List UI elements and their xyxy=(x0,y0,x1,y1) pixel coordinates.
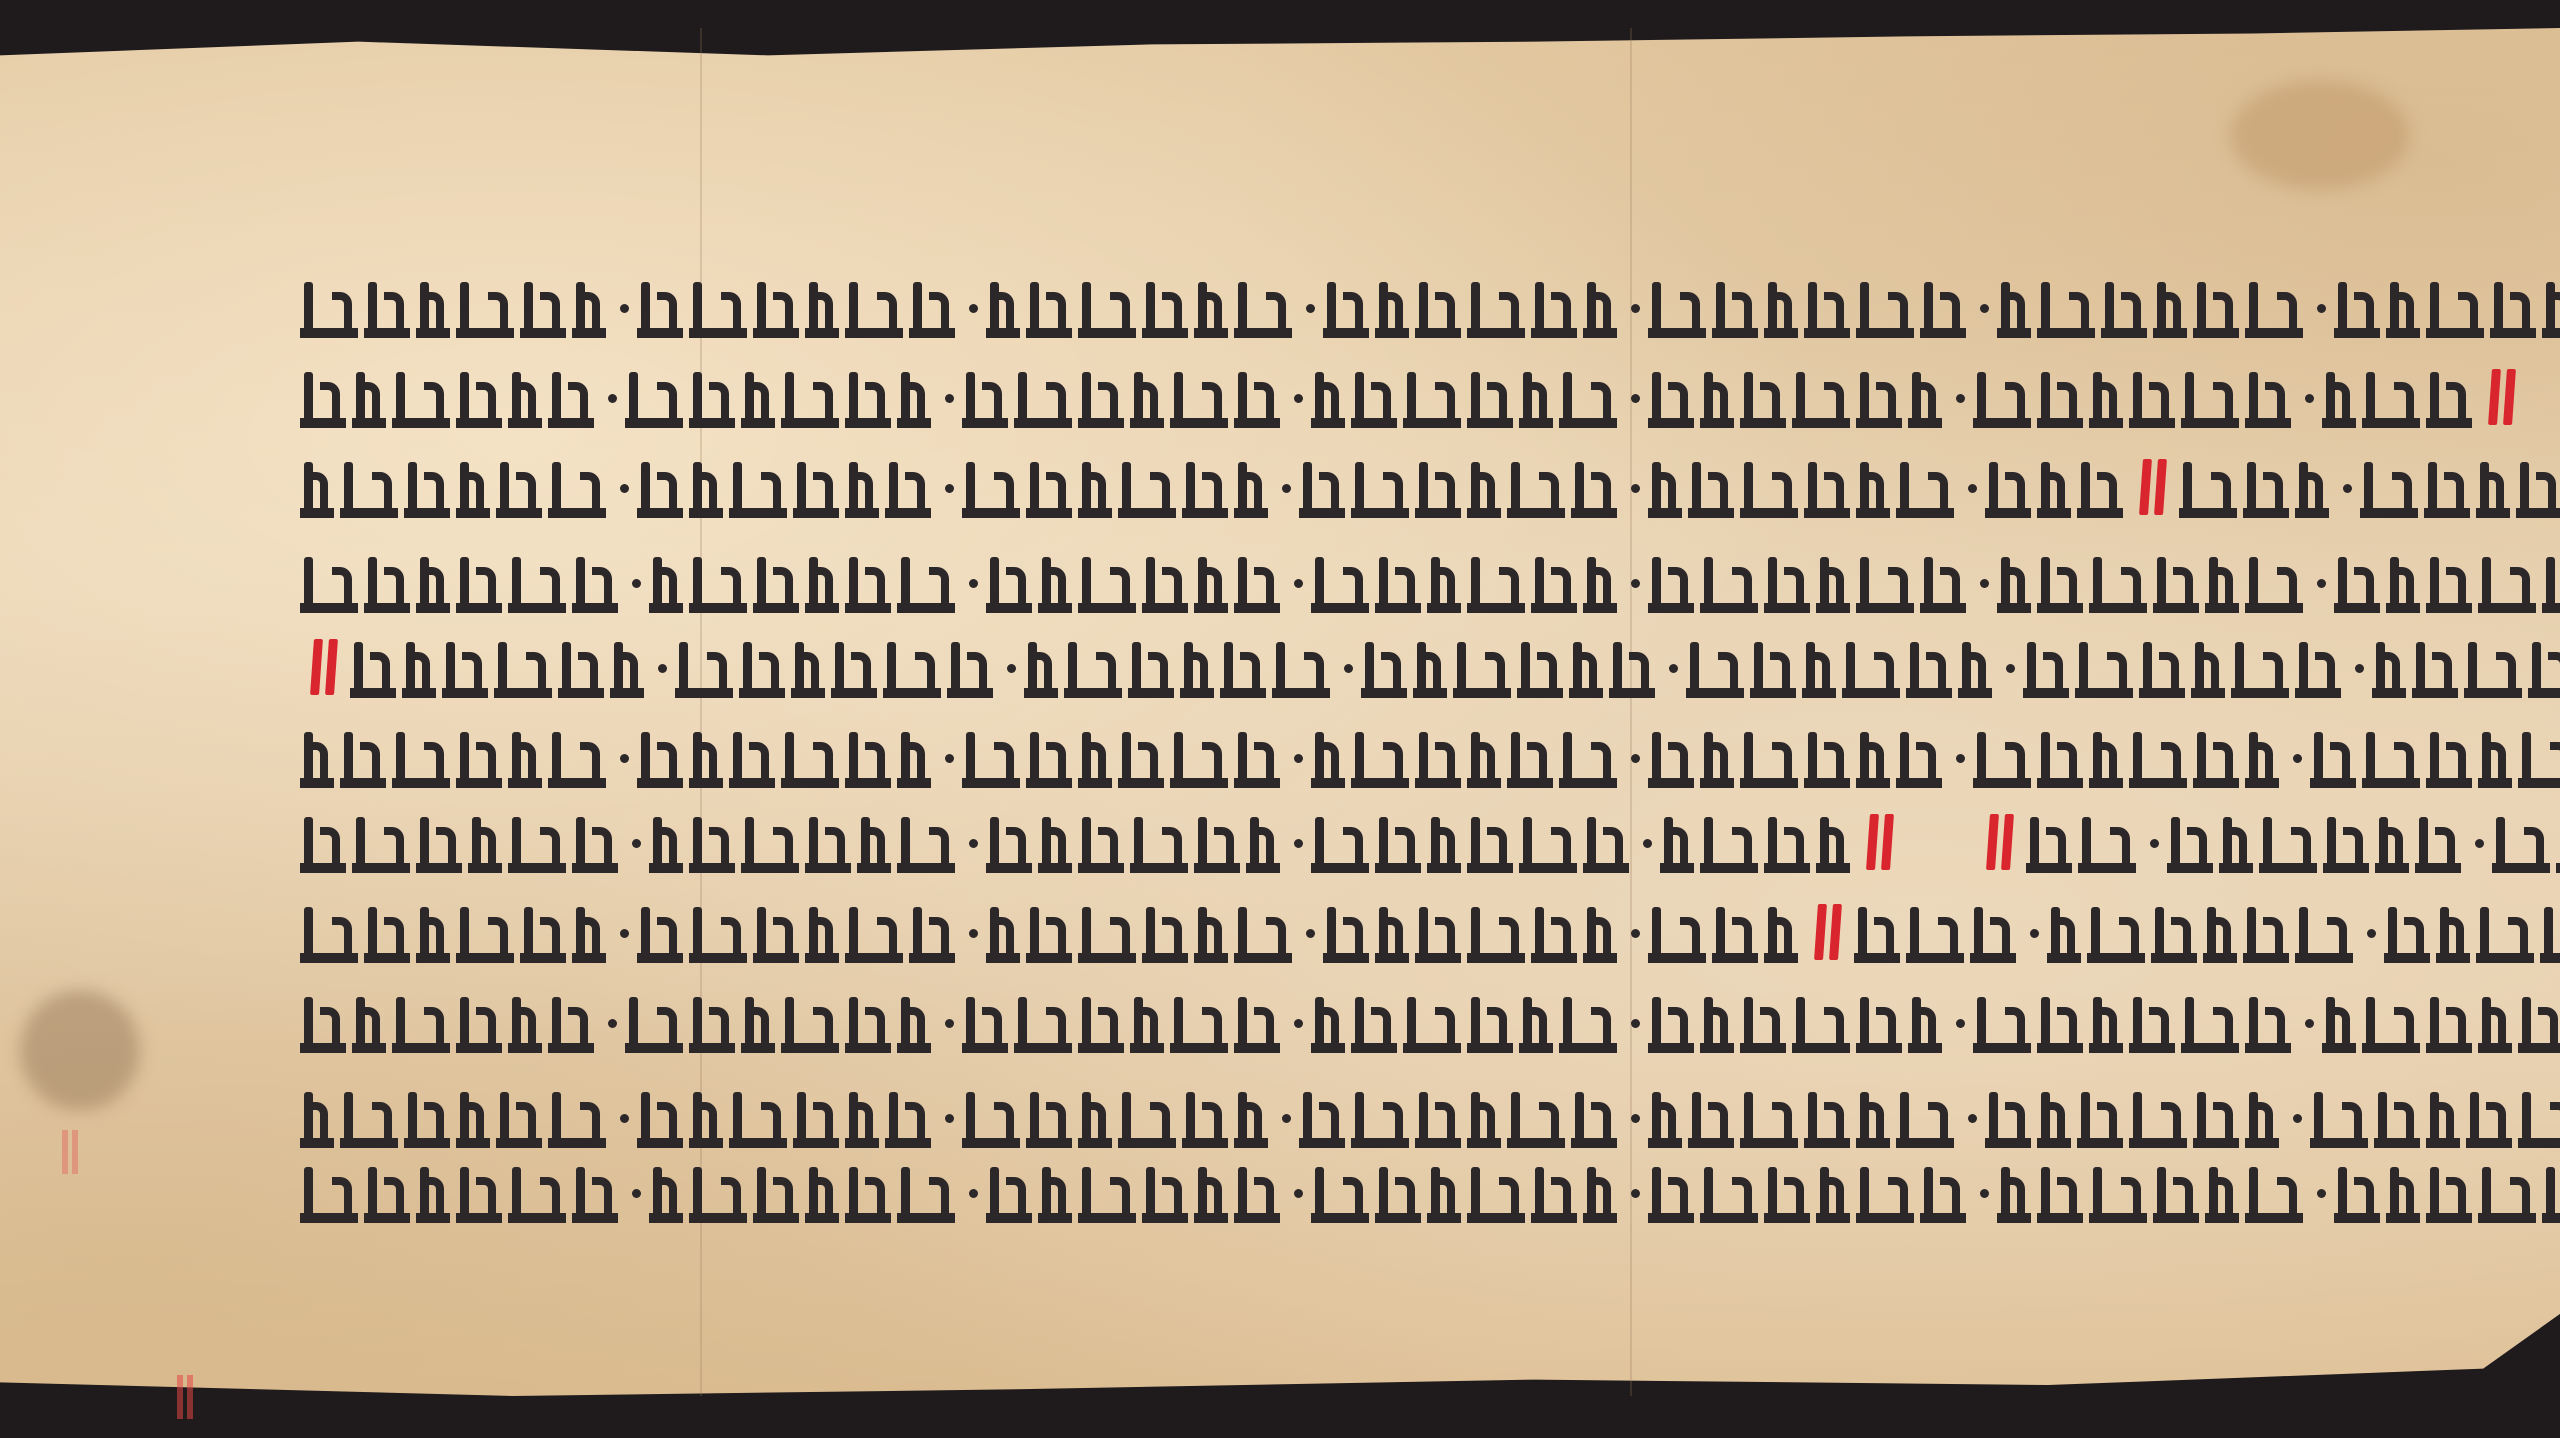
word-separator-dot xyxy=(945,394,954,403)
script-glyph xyxy=(1712,278,1758,338)
script-glyph xyxy=(352,368,386,428)
script-glyph xyxy=(2334,553,2380,613)
word-separator-dot xyxy=(2293,754,2302,763)
script-glyph xyxy=(649,1163,683,1223)
script-glyph xyxy=(1024,638,1058,698)
script-glyph xyxy=(1078,813,1124,873)
script-glyph xyxy=(1507,1088,1565,1148)
word-separator-dot xyxy=(1631,754,1640,763)
word-separator-dot xyxy=(632,839,641,848)
script-glyph xyxy=(456,993,502,1053)
paper-stain xyxy=(2230,80,2410,190)
script-glyph xyxy=(364,553,410,613)
script-glyph xyxy=(637,278,683,338)
script-glyph xyxy=(1170,728,1228,788)
word-separator-dot xyxy=(2305,394,2314,403)
word-separator-dot xyxy=(1007,664,1016,673)
script-glyph xyxy=(456,1088,490,1148)
script-glyph xyxy=(2464,638,2522,698)
script-glyph xyxy=(1519,368,1553,428)
word-separator-dot xyxy=(1294,754,1303,763)
script-glyph xyxy=(845,903,903,963)
script-glyph xyxy=(986,278,1020,338)
script-glyph xyxy=(494,638,552,698)
script-glyph xyxy=(2476,458,2510,518)
script-glyph xyxy=(2362,368,2420,428)
script-glyph xyxy=(1078,553,1136,613)
script-glyph xyxy=(1583,278,1617,338)
word-separator-dot xyxy=(1956,754,1965,763)
script-glyph xyxy=(2384,903,2430,963)
script-glyph xyxy=(637,1088,683,1148)
script-glyph xyxy=(2436,903,2470,963)
script-glyph xyxy=(1038,553,1072,613)
script-glyph xyxy=(1854,903,1900,963)
script-glyph xyxy=(1792,993,1850,1053)
script-glyph xyxy=(1180,638,1214,698)
script-glyph xyxy=(1014,368,1072,428)
script-glyph xyxy=(416,813,462,873)
script-glyph xyxy=(1920,278,1966,338)
script-glyph xyxy=(456,278,514,338)
script-glyph xyxy=(1906,638,1952,698)
script-glyph xyxy=(2362,728,2420,788)
script-glyph xyxy=(572,553,618,613)
manuscript-line xyxy=(300,545,2560,621)
script-glyph xyxy=(2191,638,2225,698)
script-glyph xyxy=(1985,458,2031,518)
script-glyph xyxy=(1571,1088,1617,1148)
script-glyph xyxy=(753,278,799,338)
script-glyph xyxy=(1559,728,1617,788)
script-glyph xyxy=(572,903,606,963)
script-glyph xyxy=(845,553,891,613)
script-glyph xyxy=(805,1163,839,1223)
script-glyph xyxy=(404,458,450,518)
script-glyph xyxy=(2415,813,2461,873)
script-glyph xyxy=(1816,1163,1850,1223)
script-glyph xyxy=(753,1163,799,1223)
script-glyph xyxy=(1467,278,1525,338)
script-glyph xyxy=(1375,813,1421,873)
red-danda-mark xyxy=(2488,369,2518,427)
script-glyph xyxy=(2245,1088,2279,1148)
word-separator-dot xyxy=(1631,579,1640,588)
script-glyph xyxy=(1234,1088,1268,1148)
manuscript-line xyxy=(300,1080,2560,1156)
script-glyph xyxy=(1299,1088,1345,1148)
script-glyph xyxy=(2078,813,2136,873)
script-glyph xyxy=(300,1088,334,1148)
script-glyph xyxy=(2129,728,2187,788)
script-glyph xyxy=(1078,278,1136,338)
script-glyph xyxy=(1583,903,1617,963)
word-separator-dot xyxy=(608,394,617,403)
script-glyph xyxy=(962,1088,1020,1148)
script-glyph xyxy=(1507,728,1553,788)
script-glyph xyxy=(2322,993,2356,1053)
script-glyph xyxy=(1130,993,1164,1053)
script-glyph xyxy=(2386,278,2420,338)
script-glyph xyxy=(2193,278,2239,338)
script-glyph xyxy=(1920,1163,1966,1223)
script-glyph xyxy=(2466,1088,2512,1148)
script-glyph xyxy=(1985,1088,2031,1148)
word-separator-dot xyxy=(1294,394,1303,403)
script-glyph xyxy=(300,1163,358,1223)
manuscript-line xyxy=(300,450,2560,526)
word-separator-dot xyxy=(1294,1019,1303,1028)
script-glyph xyxy=(1415,458,1461,518)
script-glyph xyxy=(1531,903,1577,963)
script-glyph xyxy=(392,368,450,428)
script-glyph xyxy=(2556,813,2560,873)
script-glyph xyxy=(1194,903,1228,963)
script-glyph xyxy=(741,813,799,873)
script-glyph xyxy=(2037,728,2083,788)
script-glyph xyxy=(1078,993,1124,1053)
script-glyph xyxy=(1896,1088,1954,1148)
script-glyph xyxy=(456,903,514,963)
script-glyph xyxy=(739,638,785,698)
script-glyph xyxy=(2540,903,2560,963)
script-glyph xyxy=(2412,638,2458,698)
word-separator-dot xyxy=(620,754,629,763)
script-glyph xyxy=(2245,993,2291,1053)
red-danda-mark xyxy=(1986,814,2016,872)
script-glyph xyxy=(2193,1088,2239,1148)
word-separator-dot xyxy=(1344,664,1353,673)
left-margin-red-mark-faded xyxy=(60,1130,84,1174)
script-glyph xyxy=(300,993,346,1053)
script-glyph xyxy=(1323,278,1369,338)
script-glyph xyxy=(845,278,903,338)
script-glyph xyxy=(1220,638,1266,698)
word-separator-dot xyxy=(2343,484,2352,493)
script-glyph xyxy=(350,638,396,698)
script-glyph xyxy=(2424,458,2470,518)
script-glyph xyxy=(2528,638,2560,698)
paper-stain xyxy=(20,990,140,1110)
script-glyph xyxy=(1688,1088,1734,1148)
word-separator-dot xyxy=(1294,1189,1303,1198)
script-glyph xyxy=(909,903,955,963)
word-separator-dot xyxy=(969,839,978,848)
script-glyph xyxy=(845,1163,891,1223)
script-glyph xyxy=(1142,1163,1188,1223)
script-glyph xyxy=(1467,368,1513,428)
red-danda-mark xyxy=(310,639,340,697)
word-separator-dot xyxy=(620,929,629,938)
script-glyph xyxy=(2077,1088,2123,1148)
word-separator-dot xyxy=(1956,394,1965,403)
word-separator-dot xyxy=(1294,839,1303,848)
script-glyph xyxy=(885,1088,931,1148)
script-glyph xyxy=(2089,993,2123,1053)
script-glyph xyxy=(1648,458,1682,518)
script-glyph xyxy=(1896,728,1942,788)
script-glyph xyxy=(689,1088,723,1148)
script-glyph xyxy=(1234,903,1292,963)
script-glyph xyxy=(2518,1088,2560,1148)
script-glyph xyxy=(1583,553,1617,613)
script-glyph xyxy=(2037,1088,2071,1148)
script-glyph xyxy=(1700,1163,1758,1223)
script-glyph xyxy=(897,553,955,613)
script-glyph xyxy=(1740,993,1786,1053)
word-separator-dot xyxy=(1306,304,1315,313)
script-glyph xyxy=(2129,993,2175,1053)
script-glyph xyxy=(1519,813,1577,873)
script-glyph xyxy=(689,728,723,788)
script-glyph xyxy=(2245,1163,2303,1223)
script-glyph xyxy=(1712,903,1758,963)
script-glyph xyxy=(1856,368,1902,428)
script-glyph xyxy=(352,813,410,873)
script-glyph xyxy=(2426,368,2472,428)
script-glyph xyxy=(2372,638,2406,698)
script-glyph xyxy=(2101,278,2147,338)
script-glyph xyxy=(1078,368,1124,428)
script-glyph xyxy=(1413,638,1447,698)
script-glyph xyxy=(1973,993,2031,1053)
script-glyph xyxy=(2426,1088,2460,1148)
script-glyph xyxy=(1856,993,1902,1053)
script-glyph xyxy=(572,1163,618,1223)
word-separator-dot xyxy=(1631,304,1640,313)
script-glyph xyxy=(456,368,502,428)
script-glyph xyxy=(456,458,490,518)
script-glyph xyxy=(2089,368,2123,428)
script-glyph xyxy=(649,553,683,613)
script-glyph xyxy=(1569,638,1603,698)
script-glyph xyxy=(986,813,1032,873)
script-glyph xyxy=(2542,278,2560,338)
script-glyph xyxy=(729,728,775,788)
word-separator-dot xyxy=(1631,484,1640,493)
script-glyph xyxy=(1700,993,1734,1053)
script-glyph xyxy=(1519,993,1553,1053)
script-glyph xyxy=(300,553,358,613)
script-glyph xyxy=(2181,368,2239,428)
script-glyph xyxy=(520,278,566,338)
script-glyph xyxy=(1896,458,1954,518)
script-glyph xyxy=(508,368,542,428)
word-separator-dot xyxy=(1956,1019,1965,1028)
script-glyph xyxy=(741,993,775,1053)
script-glyph xyxy=(2426,728,2472,788)
script-glyph xyxy=(1170,993,1228,1053)
script-glyph xyxy=(1130,368,1164,428)
script-glyph xyxy=(2516,458,2560,518)
script-glyph xyxy=(2026,813,2072,873)
script-glyph xyxy=(1997,553,2031,613)
script-glyph xyxy=(1299,458,1345,518)
script-glyph xyxy=(2518,993,2560,1053)
script-glyph xyxy=(1792,368,1850,428)
script-glyph xyxy=(1970,903,2016,963)
script-glyph xyxy=(986,1163,1032,1223)
script-glyph xyxy=(1415,728,1461,788)
script-glyph xyxy=(1856,1088,1890,1148)
script-glyph xyxy=(2542,553,2560,613)
script-glyph xyxy=(791,638,825,698)
script-glyph xyxy=(2295,638,2341,698)
script-glyph xyxy=(675,638,733,698)
script-glyph xyxy=(1648,993,1694,1053)
script-glyph xyxy=(2219,813,2253,873)
script-glyph xyxy=(1142,903,1188,963)
script-glyph xyxy=(2426,278,2484,338)
script-glyph xyxy=(1170,368,1228,428)
script-glyph xyxy=(1078,903,1136,963)
word-separator-dot xyxy=(945,1114,954,1123)
script-glyph xyxy=(1609,638,1655,698)
script-glyph xyxy=(340,728,386,788)
script-glyph xyxy=(1467,553,1525,613)
script-glyph xyxy=(2077,458,2123,518)
script-glyph xyxy=(416,553,450,613)
script-glyph xyxy=(2139,638,2185,698)
script-glyph xyxy=(1026,458,1072,518)
script-glyph xyxy=(1130,813,1188,873)
script-glyph xyxy=(962,458,1020,518)
script-glyph xyxy=(416,1163,450,1223)
script-glyph xyxy=(1467,728,1501,788)
script-glyph xyxy=(508,1163,566,1223)
script-glyph xyxy=(1118,728,1164,788)
script-glyph xyxy=(2518,728,2560,788)
script-glyph xyxy=(897,813,955,873)
word-separator-dot xyxy=(620,304,629,313)
word-separator-dot xyxy=(1282,484,1291,493)
script-glyph xyxy=(1375,278,1409,338)
script-glyph xyxy=(1842,638,1900,698)
script-glyph xyxy=(1467,813,1513,873)
script-glyph xyxy=(1648,728,1694,788)
script-glyph xyxy=(1920,553,1966,613)
script-glyph xyxy=(805,903,839,963)
script-glyph xyxy=(2153,278,2187,338)
word-separator-dot xyxy=(2305,1019,2314,1028)
script-glyph xyxy=(649,813,683,873)
script-glyph xyxy=(1142,278,1188,338)
script-glyph xyxy=(2023,638,2069,698)
script-glyph xyxy=(1375,903,1409,963)
word-separator-dot xyxy=(2317,579,2326,588)
script-glyph xyxy=(2386,553,2420,613)
script-glyph xyxy=(1973,728,2031,788)
script-glyph xyxy=(689,903,747,963)
script-glyph xyxy=(2542,1163,2560,1223)
script-glyph xyxy=(340,1088,398,1148)
script-glyph xyxy=(753,903,799,963)
script-glyph xyxy=(1583,813,1629,873)
script-glyph xyxy=(340,458,398,518)
script-glyph xyxy=(1531,553,1577,613)
script-glyph xyxy=(300,903,358,963)
script-glyph xyxy=(1064,638,1122,698)
manuscript-line xyxy=(300,720,2560,796)
word-separator-dot xyxy=(2317,1189,2326,1198)
script-glyph xyxy=(1351,993,1397,1053)
script-glyph xyxy=(2334,278,2380,338)
script-glyph xyxy=(2037,278,2095,338)
manuscript-line xyxy=(300,1155,2560,1231)
script-glyph xyxy=(2037,553,2083,613)
script-glyph xyxy=(416,278,450,338)
script-glyph xyxy=(364,278,410,338)
script-glyph xyxy=(1802,638,1836,698)
word-separator-dot xyxy=(2475,839,2484,848)
script-glyph xyxy=(1234,1163,1280,1223)
script-glyph xyxy=(1856,458,1890,518)
script-glyph xyxy=(1351,458,1409,518)
script-glyph xyxy=(2323,813,2369,873)
script-glyph xyxy=(962,728,1020,788)
script-glyph xyxy=(2075,638,2133,698)
script-glyph xyxy=(2037,458,2071,518)
script-glyph xyxy=(1234,553,1280,613)
script-glyph xyxy=(572,278,606,338)
script-glyph xyxy=(300,368,346,428)
word-separator-dot xyxy=(632,1189,641,1198)
word-separator-dot xyxy=(2317,304,2326,313)
script-glyph xyxy=(1415,278,1461,338)
script-glyph xyxy=(1078,728,1112,788)
script-glyph xyxy=(689,993,735,1053)
script-glyph xyxy=(2386,1163,2420,1223)
word-separator-dot xyxy=(608,1019,617,1028)
script-glyph xyxy=(793,1088,839,1148)
script-glyph xyxy=(1648,278,1706,338)
word-separator-dot xyxy=(1643,839,1652,848)
script-glyph xyxy=(781,368,839,428)
script-glyph xyxy=(1764,813,1810,873)
script-glyph xyxy=(1571,458,1617,518)
word-separator-dot xyxy=(1631,1114,1640,1123)
script-glyph xyxy=(625,993,683,1053)
script-glyph xyxy=(1467,1163,1525,1223)
script-glyph xyxy=(1686,638,1744,698)
script-glyph xyxy=(897,368,931,428)
word-separator-dot xyxy=(969,1189,978,1198)
script-glyph xyxy=(1272,638,1330,698)
script-glyph xyxy=(1648,1163,1694,1223)
script-glyph xyxy=(1816,813,1850,873)
script-glyph xyxy=(2087,903,2145,963)
script-glyph xyxy=(2231,638,2289,698)
script-glyph xyxy=(1038,1163,1072,1223)
script-glyph xyxy=(2037,993,2083,1053)
script-glyph xyxy=(1351,728,1409,788)
script-glyph xyxy=(897,993,931,1053)
script-glyph xyxy=(352,993,386,1053)
script-glyph xyxy=(468,813,502,873)
script-glyph xyxy=(962,368,1008,428)
word-separator-dot xyxy=(1968,1114,1977,1123)
script-glyph xyxy=(1194,278,1228,338)
script-glyph xyxy=(781,728,839,788)
script-glyph xyxy=(637,903,683,963)
word-separator-dot xyxy=(969,929,978,938)
word-separator-dot xyxy=(1282,1114,1291,1123)
script-glyph xyxy=(1740,368,1786,428)
script-glyph xyxy=(1467,458,1501,518)
script-glyph xyxy=(1246,813,1280,873)
script-glyph xyxy=(1403,993,1461,1053)
word-separator-dot xyxy=(1669,664,1678,673)
